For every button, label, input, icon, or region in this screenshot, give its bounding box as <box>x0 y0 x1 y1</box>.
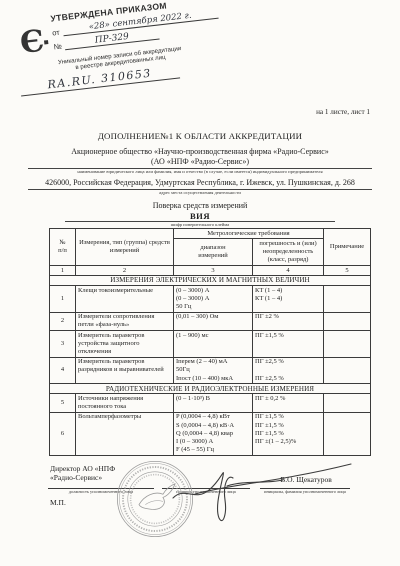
cell-error: ПГ ±1,5 % <box>253 331 324 358</box>
sheet-count-note: на 1 листе, лист 1 <box>316 108 370 116</box>
organization-name: Акционерное общество «Научно-производств… <box>28 147 372 157</box>
cell-num: 1 <box>50 286 76 313</box>
logo-dot <box>44 40 48 44</box>
col-header-name: Измерения, тип (группа) средств измерени… <box>76 229 174 266</box>
col-header-range: диапазон измерений <box>174 239 253 266</box>
table-row: 5 Источники напряжения постоянного тока … <box>50 394 371 412</box>
rosaccreditation-logo-icon: Є <box>12 12 55 60</box>
cell-name: Измеритель параметров разрядников и выра… <box>76 357 174 384</box>
signer-position-line2: «Радио-Сервис» <box>50 473 115 482</box>
approval-stamp-block: Є УТВЕРЖДЕНА ПРИКАЗОМ от «28» сентября 2… <box>12 0 225 96</box>
organization-short-name: (АО «НПФ «Радио-Сервис») <box>28 157 372 169</box>
table-row: 3 Измеритель параметров устройства защит… <box>50 331 371 358</box>
table-row: 1 Клещи токоизмерительные (0 – 3000) А (… <box>50 286 371 313</box>
cell-range: P (0,0004 – 4,8) кВт S (0,0004 – 4,8) кВ… <box>174 412 253 455</box>
verification-mark-wrap: ВИЯ <box>65 211 335 222</box>
col-header-error: погрешность и (или) неопределенность (кл… <box>253 239 324 266</box>
cell-num: 5 <box>50 394 76 412</box>
cell-name: Измерители сопротивления петли «фаза-нул… <box>76 312 174 330</box>
cell-note <box>324 312 371 330</box>
cell-note <box>324 286 371 313</box>
section-header-radio: РАДИОТЕХНИЧЕСКИЕ И РАДИОЭЛЕКТРОННЫЕ ИЗМЕ… <box>50 384 371 394</box>
cell-error: ПГ ±2 % <box>253 312 324 330</box>
organization-block: Акционерное общество «Научно-производств… <box>28 147 372 228</box>
section-title: ИЗМЕРЕНИЯ ЭЛЕКТРИЧЕСКИХ И МАГНИТНЫХ ВЕЛИ… <box>50 275 371 285</box>
approval-number-label: № <box>53 42 62 52</box>
signature-autograph <box>165 456 357 534</box>
col-number: 2 <box>76 265 174 275</box>
table-row: 4 Измеритель параметров разрядников и вы… <box>50 357 371 384</box>
col-header-metrology: Метрологические требования <box>174 229 324 239</box>
organization-address: 426000, Российская Федерация, Удмуртская… <box>28 178 372 190</box>
cell-num: 4 <box>50 357 76 384</box>
cell-range: (0 – 3000) А (0 – 3000) А 50 Гц <box>174 286 253 313</box>
cell-range: (0,01 – 300) Ом <box>174 312 253 330</box>
page-title: ДОПОЛНЕНИЕ№1 К ОБЛАСТИ АККРЕДИТАЦИИ <box>0 131 400 141</box>
cell-num: 2 <box>50 312 76 330</box>
cell-note <box>324 357 371 384</box>
cell-error: ПГ ±1,5 % ПГ ±1,5 % ПГ ±1,5 % ПГ ±(1 – 2… <box>253 412 324 455</box>
col-number: 1 <box>50 265 76 275</box>
accreditation-scope-table: № п/п Измерения, тип (группа) средств из… <box>49 228 371 456</box>
document-page: Є УТВЕРЖДЕНА ПРИКАЗОМ от «28» сентября 2… <box>0 0 400 566</box>
table-header-row-1: № п/п Измерения, тип (группа) средств из… <box>50 229 371 239</box>
section-header-electrical: ИЗМЕРЕНИЯ ЭЛЕКТРИЧЕСКИХ И МАГНИТНЫХ ВЕЛИ… <box>50 275 371 285</box>
cell-name: Измеритель параметров устройства защитно… <box>76 331 174 358</box>
signer-position: Директор АО «НПФ «Радио-Сервис» <box>50 464 115 482</box>
cell-num: 6 <box>50 412 76 455</box>
organization-caption: наименование юридического лица или фамил… <box>28 169 372 175</box>
seal-place-label: М.П. <box>50 498 66 507</box>
col-number: 3 <box>174 265 253 275</box>
table-row: 6 Вольтамперфазометры P (0,0004 – 4,8) к… <box>50 412 371 455</box>
table-row: 2 Измерители сопротивления петли «фаза-н… <box>50 312 371 330</box>
approval-from-label: от <box>52 28 61 38</box>
cell-note <box>324 394 371 412</box>
cell-range: Iперем (2 – 40) мА 50Гц Iпост (10 – 400)… <box>174 357 253 384</box>
address-caption: адрес места осуществления деятельности <box>28 190 372 196</box>
signer-position-line1: Директор АО «НПФ <box>50 464 115 473</box>
logo-glyph: Є <box>18 24 44 61</box>
cell-num: 3 <box>50 331 76 358</box>
section-title: РАДИОТЕХНИЧЕСКИЕ И РАДИОЭЛЕКТРОННЫЕ ИЗМЕ… <box>50 384 371 394</box>
cell-error: ПГ ± 0,2 % <box>253 394 324 412</box>
col-number: 5 <box>324 265 371 275</box>
col-number: 4 <box>253 265 324 275</box>
cell-name: Клещи токоизмерительные <box>76 286 174 313</box>
cell-name: Источники напряжения постоянного тока <box>76 394 174 412</box>
activity-type: Поверка средств измерений <box>28 201 372 211</box>
col-header-note: Примечание <box>324 229 371 266</box>
cell-error: КТ (1 – 4) КТ (1 – 4) <box>253 286 324 313</box>
verification-mark-code: ВИЯ <box>65 211 335 221</box>
cell-error: ПГ ±2,5 % ПГ ±2,5 % <box>253 357 324 384</box>
cell-note <box>324 331 371 358</box>
column-number-row: 1 2 3 4 5 <box>50 265 371 275</box>
cell-note <box>324 412 371 455</box>
cell-name: Вольтамперфазометры <box>76 412 174 455</box>
cell-range: (1 – 900) мс <box>174 331 253 358</box>
col-header-num: № п/п <box>50 229 76 266</box>
cell-range: (0 – 1·10³) В <box>174 394 253 412</box>
